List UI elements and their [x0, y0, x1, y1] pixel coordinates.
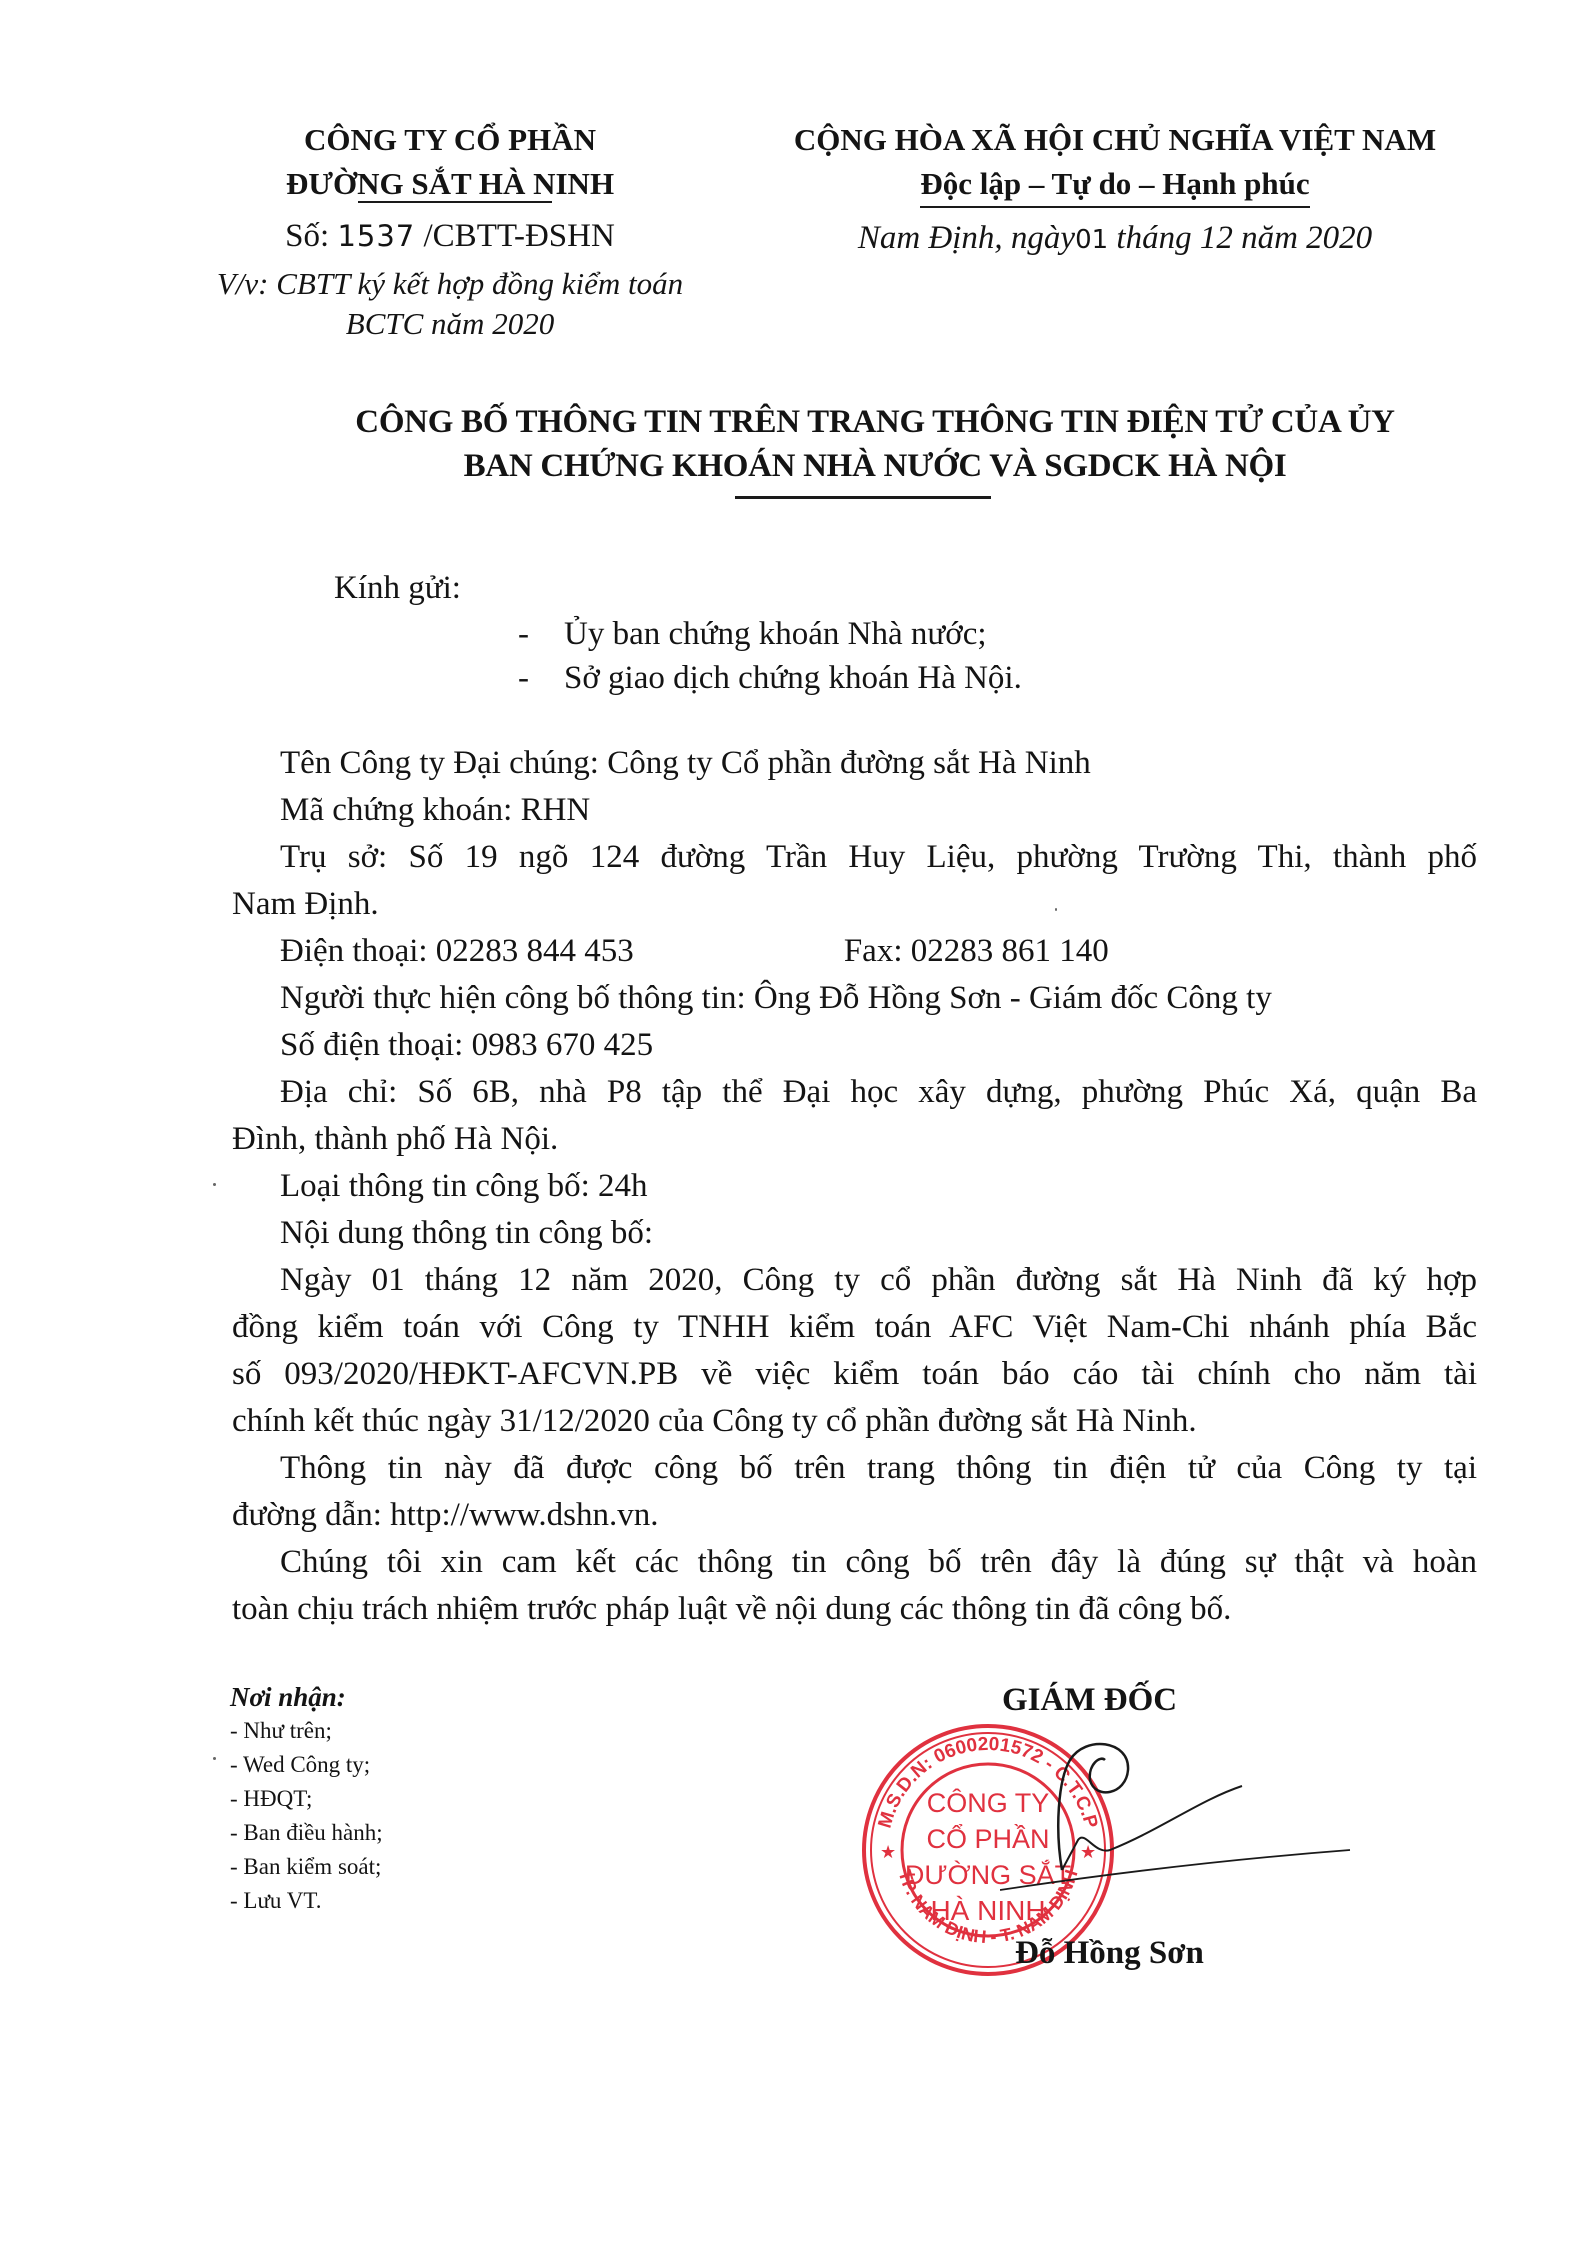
recipient-item: -Ủy ban chứng khoán Nhà nước;	[518, 612, 1022, 656]
scan-speck	[213, 1757, 216, 1760]
title-underline	[735, 496, 991, 499]
contact-row: Điện thoại: 02283 844 453Fax: 02283 861 …	[232, 928, 1477, 975]
document-body: Tên Công ty Đại chúng: Công ty Cổ phần đ…	[232, 740, 1477, 1633]
hq-address-line2: Nam Định.	[232, 881, 1477, 928]
discloser-field: Người thực hiện công bố thông tin: Ông Đ…	[232, 975, 1477, 1022]
title-line1: CÔNG BỐ THÔNG TIN TRÊN TRANG THÔNG TIN Đ…	[230, 400, 1520, 444]
doc-no-suffix: /CBTT-ĐSHN	[415, 218, 615, 254]
content-paragraph-2-line: Thông tin này đã được công bố trên trang…	[232, 1445, 1477, 1492]
company-name-line1: CÔNG TY CỔ PHẦN	[200, 118, 700, 162]
distribution-heading: Nơi nhận:	[230, 1680, 383, 1714]
fax-field: Fax: 02283 861 140	[844, 933, 1109, 969]
doc-no-handwritten: 1537	[337, 219, 415, 253]
recipient-text: Sở giao dịch chứng khoán Hà Nội.	[564, 660, 1022, 696]
content-paragraph-1-line: chính kết thúc ngày 31/12/2020 của Công …	[232, 1398, 1477, 1445]
nation-header: CỘNG HÒA XÃ HỘI CHỦ NGHĨA VIỆT NAM Độc l…	[770, 118, 1460, 262]
nation-name: CỘNG HÒA XÃ HỘI CHỦ NGHĨA VIỆT NAM	[770, 118, 1460, 162]
company-name-line2: ĐƯỜNG SẮT HÀ NINH	[286, 162, 614, 206]
stamp-star-left-icon: ★	[880, 1842, 896, 1863]
recipient-list: -Ủy ban chứng khoán Nhà nước; -Sở giao d…	[518, 612, 1022, 700]
title-line2: BAN CHỨNG KHOÁN NHÀ NƯỚC VÀ SGDCK HÀ NỘI	[230, 444, 1520, 488]
greeting: Kính gửi:	[334, 570, 461, 607]
company-name-line2-text: ĐƯỜNG SẮT HÀ NINH	[286, 166, 614, 201]
content-paragraph-3-line: toàn chịu trách nhiệm trước pháp luật về…	[232, 1586, 1477, 1633]
distribution-item: - Ban kiểm soát;	[230, 1850, 383, 1884]
stock-code-field: Mã chứng khoán: RHN	[232, 787, 1477, 834]
distribution-item: - Như trên;	[230, 1714, 383, 1748]
content-paragraph-1-line: số 093/2020/HĐKT-AFCVN.PB về việc kiểm t…	[232, 1351, 1477, 1398]
document-number: Số: 1537 /CBTT-ĐSHN	[200, 214, 700, 258]
document-title: CÔNG BỐ THÔNG TIN TRÊN TRANG THÔNG TIN Đ…	[230, 400, 1520, 499]
signatory-title: GIÁM ĐỐC	[1002, 1682, 1177, 1719]
national-motto: Độc lập – Tự do – Hạnh phúc	[920, 162, 1309, 208]
content-paragraph-3-line: Chúng tôi xin cam kết các thông tin công…	[232, 1539, 1477, 1586]
recipient-text: Ủy ban chứng khoán Nhà nước;	[564, 616, 987, 652]
discloser-address-line2: Đình, thành phố Hà Nội.	[232, 1116, 1477, 1163]
issuer-header: CÔNG TY CỔ PHẦN ĐƯỜNG SẮT HÀ NINH Số: 15…	[200, 118, 700, 344]
signatory-name: Đỗ Hồng Sơn	[1015, 1935, 1204, 1972]
distribution-list: Nơi nhận: - Như trên; - Wed Công ty; - H…	[230, 1680, 383, 1918]
date-prefix: Nam Định, ngày	[858, 220, 1075, 256]
scan-speck	[1055, 908, 1057, 911]
company-name-field: Tên Công ty Đại chúng: Công ty Cổ phần đ…	[232, 740, 1477, 787]
recipient-item: -Sở giao dịch chứng khoán Hà Nội.	[518, 656, 1022, 700]
phone-field: Điện thoại: 02283 844 453	[280, 933, 634, 969]
handwritten-signature	[1000, 1720, 1360, 1920]
info-type-field: Loại thông tin công bố: 24h	[232, 1163, 1477, 1210]
discloser-address-line1: Địa chỉ: Số 6B, nhà P8 tập thể Đại học x…	[232, 1069, 1477, 1116]
subject-line2: BCTC năm 2020	[200, 304, 700, 344]
content-label: Nội dung thông tin công bố:	[232, 1210, 1477, 1257]
distribution-item: - Ban điều hành;	[230, 1816, 383, 1850]
date-suffix: tháng 12 năm 2020	[1108, 220, 1372, 256]
content-paragraph-1-line: Ngày 01 tháng 12 năm 2020, Công ty cổ ph…	[232, 1257, 1477, 1304]
subject-line1: V/v: CBTT ký kết hợp đồng kiểm toán	[200, 264, 700, 304]
distribution-item: - Wed Công ty;	[230, 1748, 383, 1782]
document-date: Nam Định, ngày01 tháng 12 năm 2020	[770, 216, 1460, 262]
hq-address-line1: Trụ sở: Số 19 ngõ 124 đường Trần Huy Liệ…	[232, 834, 1477, 881]
distribution-item: - Lưu VT.	[230, 1884, 383, 1918]
scan-speck	[213, 1183, 216, 1186]
discloser-phone-field: Số điện thoại: 0983 670 425	[232, 1022, 1477, 1069]
date-day-handwritten: 01	[1075, 225, 1108, 255]
content-paragraph-2-line: đường dẫn: http://www.dshn.vn.	[232, 1492, 1477, 1539]
distribution-item: - HĐQT;	[230, 1782, 383, 1816]
doc-no-label: Số:	[285, 218, 337, 254]
content-paragraph-1-line: đồng kiểm toán với Công ty TNHH kiểm toá…	[232, 1304, 1477, 1351]
company-underline	[358, 201, 552, 203]
